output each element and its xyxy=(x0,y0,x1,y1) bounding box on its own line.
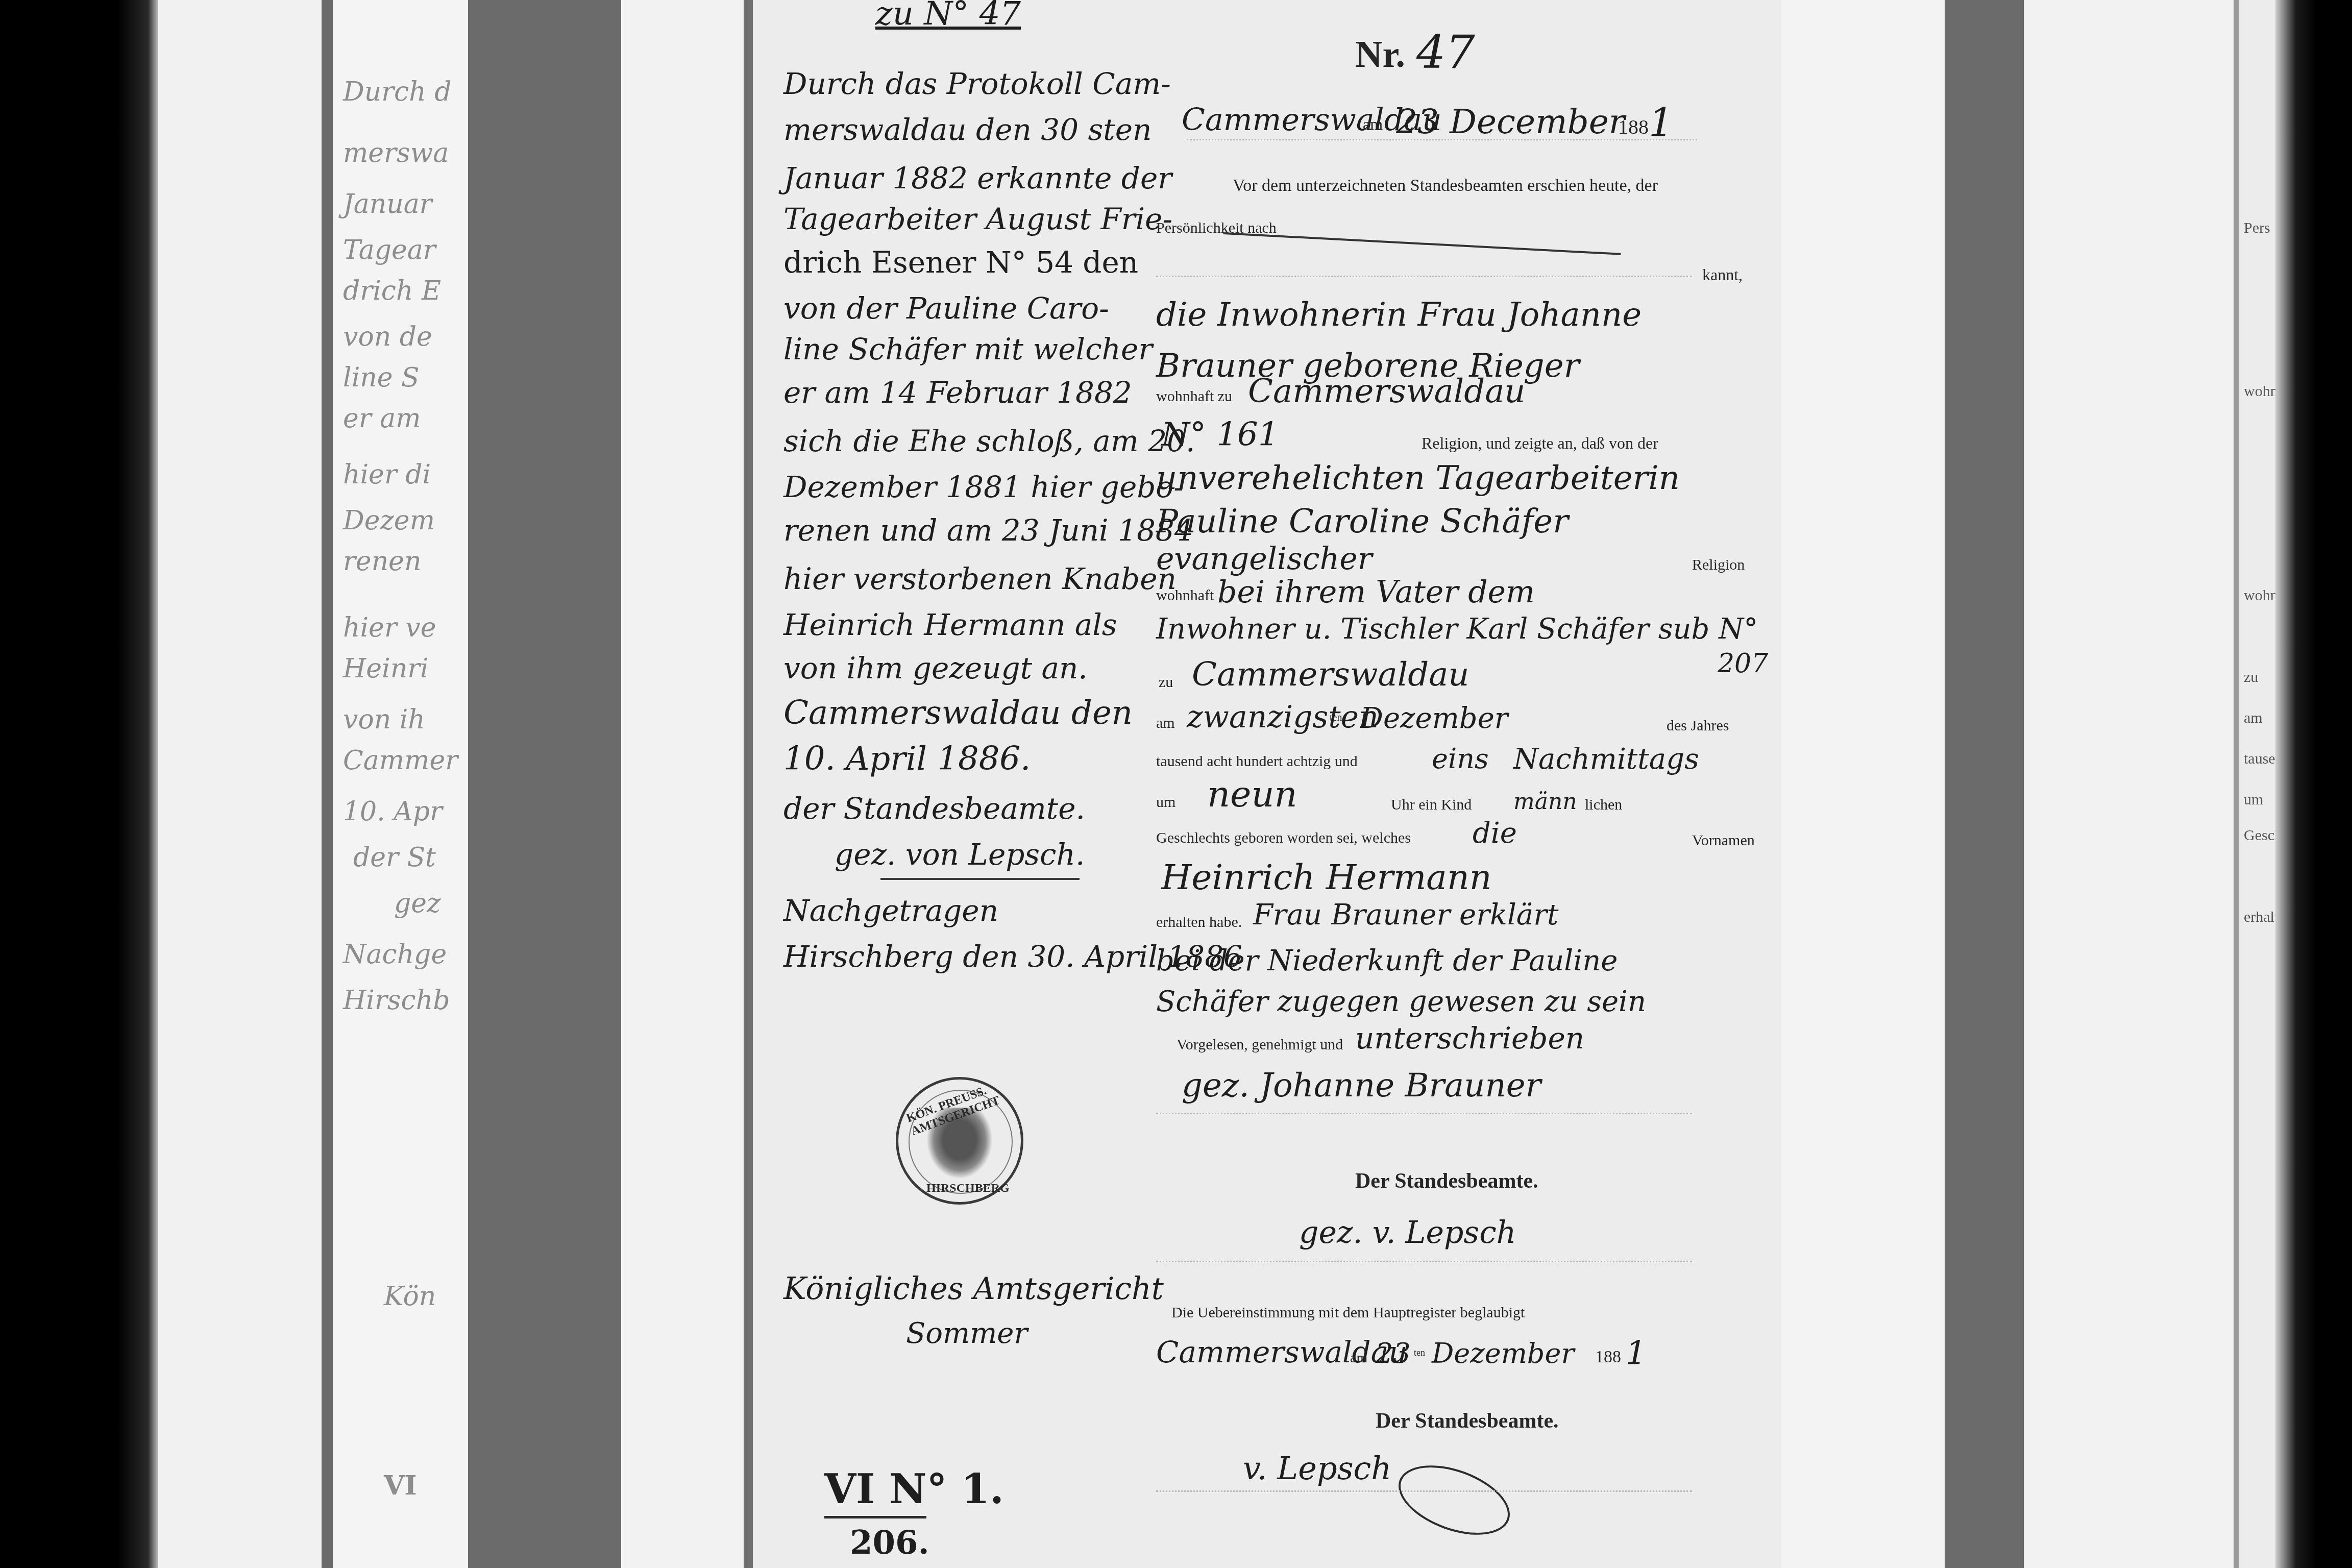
certification-day: 23 xyxy=(1376,1337,1411,1369)
certification-place: Cammerswaldau xyxy=(1156,1335,1408,1369)
margin-line: Heinrich Hermann als xyxy=(783,607,1117,642)
mother-place: Cammerswaldau xyxy=(1192,656,1469,694)
margin-line: hier verstorbenen Knaben xyxy=(783,561,1177,596)
next-page-line: tause xyxy=(2244,750,2275,768)
next-page-line: am xyxy=(2244,709,2263,727)
film-dark-band xyxy=(1945,0,2024,1568)
form-rule xyxy=(1156,276,1692,277)
prev-page-line: merswa xyxy=(343,138,449,168)
prev-page-line: gez xyxy=(394,888,440,919)
form-text: kannt, xyxy=(1702,265,1743,284)
film-vignette-left xyxy=(0,0,158,1568)
birth-year-words: eins xyxy=(1432,743,1489,775)
form-text: Vornamen xyxy=(1692,832,1755,849)
form-rule xyxy=(1187,139,1697,140)
prev-page-line: er am xyxy=(343,403,421,434)
mother-residence: Inwohner u. Tischler Karl Schäfer sub N° xyxy=(1156,612,1758,646)
register-page: zu N° 47 Durch das Protokoll Cam- merswa… xyxy=(753,0,1787,1568)
label-am: am xyxy=(1363,115,1383,134)
birth-month: Dezember xyxy=(1360,702,1508,735)
label-am: am xyxy=(1350,1350,1367,1366)
prev-page-line: 10. Apr xyxy=(343,796,443,827)
form-text: Religion xyxy=(1692,556,1745,574)
time-of-day: Nachmittags xyxy=(1513,743,1699,776)
remark-line: Schäfer zugegen gewesen zu sein xyxy=(1156,985,1646,1018)
prev-page-line: Hirschb xyxy=(343,985,450,1016)
superscript: ten xyxy=(1414,1347,1425,1358)
page-edge-line xyxy=(322,0,333,1568)
signed-word: unterschrieben xyxy=(1355,1021,1584,1056)
form-intro-text: Vor dem unterzeichneten Standesbeamten e… xyxy=(1233,176,1658,195)
blank-strip xyxy=(1781,0,1945,1568)
form-text: erhalten habe. xyxy=(1156,914,1242,931)
form-text: am xyxy=(1156,715,1175,732)
mother-residence: bei ihrem Vater dem xyxy=(1217,574,1535,610)
informant-signature: gez. Johanne Brauner xyxy=(1182,1067,1541,1105)
film-vignette-right xyxy=(2275,0,2352,1568)
page-edge-line xyxy=(744,0,753,1568)
form-text: Uhr ein Kind xyxy=(1391,796,1472,814)
signature-flourish xyxy=(1389,1452,1520,1549)
child-sex: männ xyxy=(1513,789,1577,815)
prev-page-line: drich E xyxy=(343,276,441,306)
prev-page-line: line S xyxy=(343,362,420,393)
registrar-signature: v. Lepsch xyxy=(1243,1450,1391,1487)
birth-day: zwanzigsten xyxy=(1187,699,1379,735)
margin-line: 10. April 1886. xyxy=(783,740,1031,778)
court-note: Königliches Amtsgericht xyxy=(783,1271,1164,1307)
informant-line: die Inwohnerin Frau Johanne xyxy=(1156,296,1641,334)
child-given-names: Heinrich Hermann xyxy=(1161,857,1492,898)
blank-strip xyxy=(621,0,749,1568)
year-prefix: 188 xyxy=(1595,1347,1621,1367)
margin-line: Januar 1882 erkannte der xyxy=(783,161,1172,195)
margin-line: sich die Ehe schloß, am 20. xyxy=(783,424,1195,458)
mother-line: unverehelichten Tagearbeiterin xyxy=(1156,459,1680,497)
next-page-line: erhalt xyxy=(2244,909,2278,926)
prev-page-line: von de xyxy=(343,322,432,352)
court-note-signature: Sommer xyxy=(906,1317,1027,1350)
entry-number: 47 xyxy=(1416,26,1475,79)
next-page-line: wohn xyxy=(2244,383,2278,400)
superscript: ten xyxy=(1330,712,1342,724)
blank-strip xyxy=(2024,0,2238,1568)
remark-line: Frau Brauner erklärt xyxy=(1253,898,1558,932)
form-text: des Jahres xyxy=(1667,717,1729,734)
margin-line: drich Esener N° 54 den xyxy=(783,245,1138,280)
mother-religion: evangelischer xyxy=(1156,541,1372,577)
form-text: Vorgelesen, genehmigt und xyxy=(1177,1036,1343,1053)
prev-page-line: Nachge xyxy=(343,939,447,970)
signature-underline xyxy=(880,878,1080,880)
year-suffix: 1 xyxy=(1626,1335,1647,1373)
form-text: zu xyxy=(1159,674,1173,691)
registrar-title: Der Standesbeamte. xyxy=(1376,1409,1559,1433)
mother-house-number: 207 xyxy=(1718,648,1768,679)
next-page-line: Pers xyxy=(2244,219,2270,237)
archive-mark: VI N° 1. xyxy=(824,1465,1004,1513)
strike-line xyxy=(1221,232,1621,286)
informant-residence: Cammerswaldau xyxy=(1248,373,1526,410)
seal-bottom-text: HIRSCHBERG xyxy=(926,1182,1010,1195)
form-text: um xyxy=(1156,794,1175,811)
page-edge-line xyxy=(2234,0,2239,1568)
prev-page-line: hier ve xyxy=(343,612,436,643)
prev-page-line: Tagear xyxy=(343,235,436,265)
next-page-line: wohn xyxy=(2244,587,2278,604)
informant-house-number: N° 161 xyxy=(1161,416,1279,454)
official-seal-stamp: KÖN. PREUSS. AMTSGERICHT HIRSCHBERG xyxy=(896,1077,1023,1205)
archive-mark-rule xyxy=(824,1516,926,1518)
archive-number: 206. xyxy=(850,1524,929,1562)
birth-hour: neun xyxy=(1207,773,1297,815)
film-margin-left xyxy=(158,0,327,1568)
child-article: die xyxy=(1473,817,1517,850)
prev-page-line: renen xyxy=(343,546,421,577)
form-text: Geschlechts geboren worden sei, welches xyxy=(1156,829,1411,847)
form-rule xyxy=(1156,1261,1692,1262)
prev-page-line: Cammer xyxy=(343,745,458,776)
margin-line: der Standesbeamte. xyxy=(783,791,1085,826)
form-rule xyxy=(1156,1113,1692,1114)
certification-text: Die Uebereinstimmung mit dem Hauptregist… xyxy=(1171,1304,1525,1321)
next-page-fragment: Pers wohn wohn zu am tause um Geschl erh… xyxy=(2239,0,2280,1568)
margin-line: Cammerswaldau den xyxy=(783,694,1133,732)
prev-page-line: Dezem xyxy=(343,505,435,536)
remark-line: bei der Niederkunft der Pauline xyxy=(1156,944,1618,977)
margin-line: merswaldau den 30 sten xyxy=(783,112,1151,147)
entry-number-label: Nr. xyxy=(1355,33,1405,77)
prev-page-line: der St xyxy=(353,842,436,873)
registration-date: 23 December xyxy=(1396,102,1625,141)
previous-page-fragment: Durch d merswa Januar Tagear drich E von… xyxy=(333,0,468,1568)
prev-page-line: VI xyxy=(384,1470,417,1501)
form-text: Religion, und zeigte an, daß von der xyxy=(1422,434,1658,453)
registrar-signature: gez. v. Lepsch xyxy=(1299,1215,1516,1251)
form-text: lichen xyxy=(1585,796,1622,814)
prev-page-line: hier di xyxy=(343,459,431,490)
form-text: tausend acht hundert achtzig und xyxy=(1156,753,1358,770)
year-prefix: 188 xyxy=(1618,115,1649,139)
prev-page-line: Durch d xyxy=(343,77,451,107)
margin-line: line Schäfer mit welcher xyxy=(783,332,1153,366)
margin-line: renen und am 23 Juni 1884 xyxy=(783,513,1193,548)
next-page-line: zu xyxy=(2244,669,2258,686)
margin-line: von der Pauline Caro- xyxy=(783,291,1109,326)
form-text: wohnhaft xyxy=(1156,587,1214,604)
prev-page-line: Kön xyxy=(384,1281,436,1312)
registrar-title: Der Standesbeamte. xyxy=(1355,1169,1538,1193)
margin-line: gez. von Lepsch. xyxy=(835,837,1085,872)
margin-line: er am 14 Februar 1882 xyxy=(783,375,1132,410)
margin-line: Durch das Protokoll Cam- xyxy=(783,66,1171,101)
reference-note: zu N° 47 xyxy=(875,0,1021,33)
prev-page-line: von ih xyxy=(343,704,425,735)
margin-line: von ihm gezeugt an. xyxy=(783,651,1088,685)
prev-page-line: Heinri xyxy=(343,653,429,684)
mother-name: Pauline Caroline Schäfer xyxy=(1156,503,1569,541)
film-dark-band xyxy=(468,0,621,1568)
year-suffix: 1 xyxy=(1649,100,1673,145)
form-rule xyxy=(1156,1490,1692,1492)
margin-line: Tagearbeiter August Frie- xyxy=(783,202,1172,236)
certification-month: Dezember xyxy=(1432,1337,1574,1369)
form-text: wohnhaft zu xyxy=(1156,388,1232,405)
next-page-line: um xyxy=(2244,791,2263,808)
margin-line: Nachgetragen xyxy=(783,893,998,928)
margin-line: Dezember 1881 hier gebo- xyxy=(783,470,1184,504)
prev-page-line: Januar xyxy=(343,189,432,219)
next-page-line: Geschl xyxy=(2244,827,2280,844)
